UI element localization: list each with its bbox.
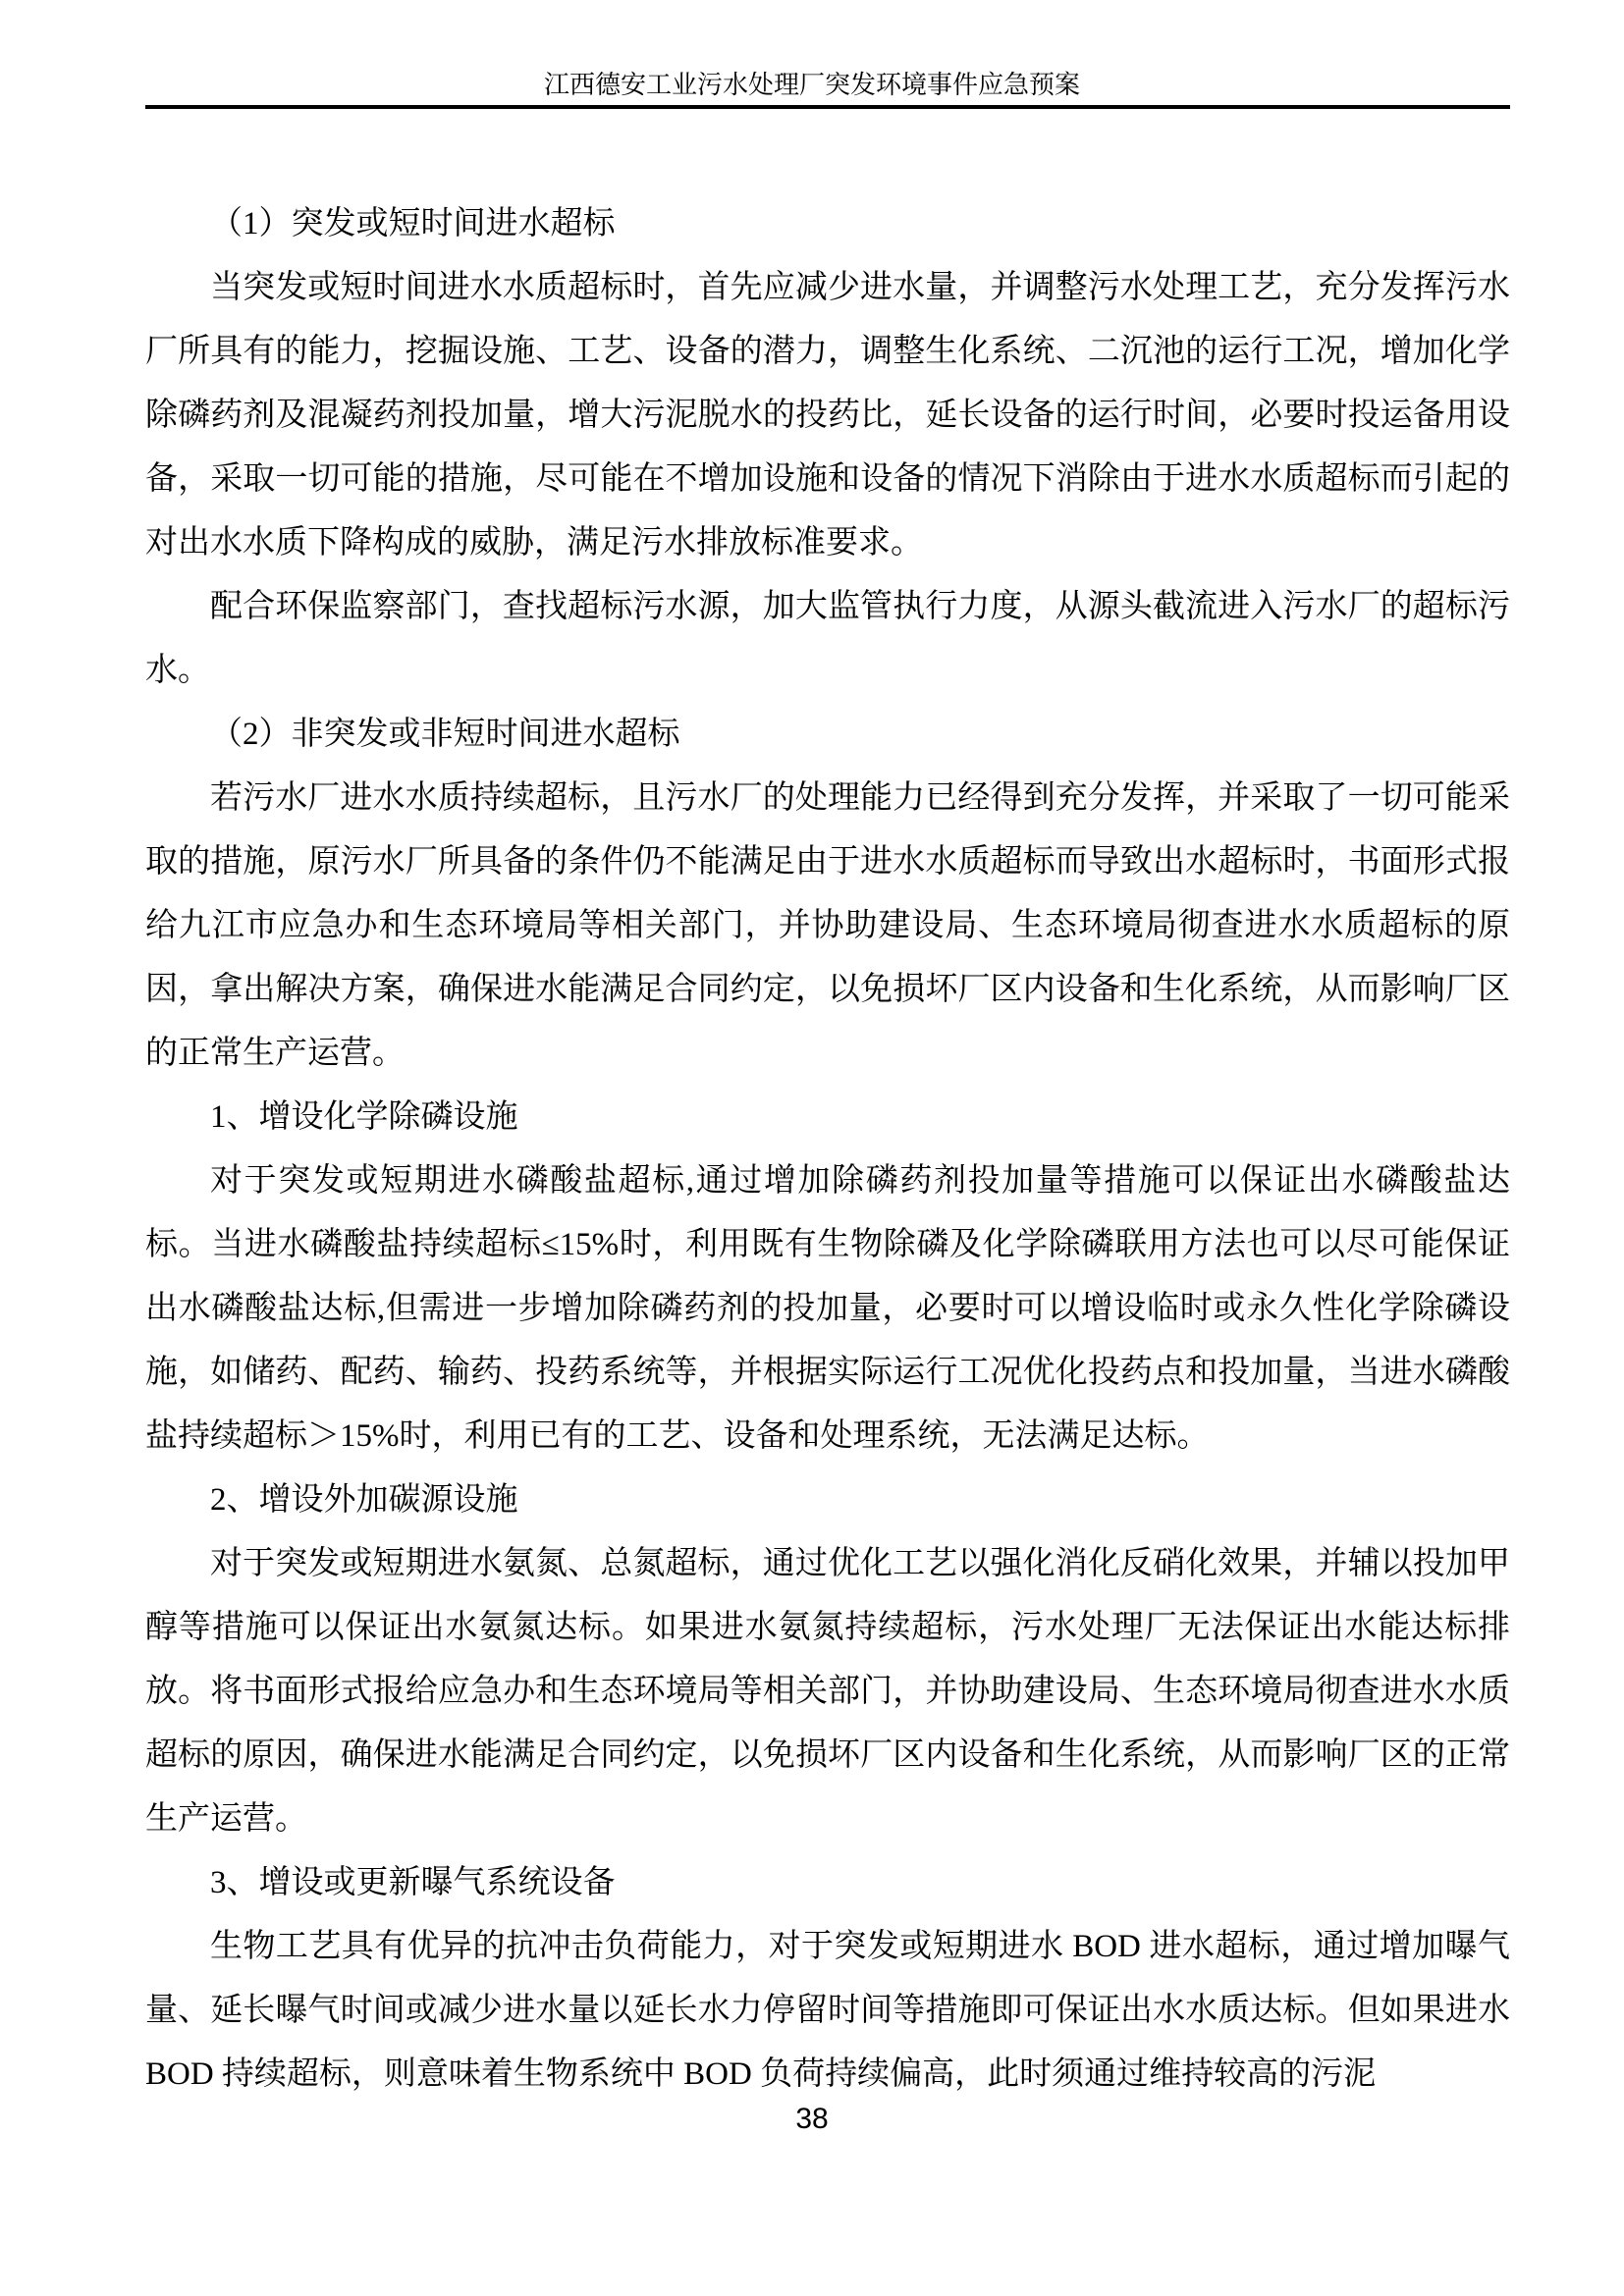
list-heading: 2、增设外加碳源设施 [145, 1468, 1510, 1532]
list-heading: （1）突发或短时间进水超标 [145, 192, 1510, 256]
paragraph: 对于突发或短期进水氨氮、总氮超标，通过优化工艺以强化消化反硝化效果，并辅以投加甲… [145, 1532, 1510, 1851]
list-heading: 3、增设或更新曝气系统设备 [145, 1851, 1510, 1915]
page-number: 38 [0, 2103, 1624, 2136]
document-page: 江西德安工业污水处理厂突发环境事件应急预案 （1）突发或短时间进水超标当突发或短… [0, 0, 1624, 2296]
header-rule [145, 105, 1510, 109]
paragraph: 配合环保监察部门，查找超标污水源，加大监管执行力度，从源头截流进入污水厂的超标污… [145, 575, 1510, 703]
document-body: （1）突发或短时间进水超标当突发或短时间进水水质超标时，首先应减少进水量，并调整… [145, 192, 1510, 2107]
paragraph: 若污水厂进水水质持续超标，且污水厂的处理能力已经得到充分发挥，并采取了一切可能采… [145, 767, 1510, 1086]
header-title: 江西德安工业污水处理厂突发环境事件应急预案 [0, 71, 1624, 100]
list-heading: （2）非突发或非短时间进水超标 [145, 703, 1510, 767]
paragraph: 对于突发或短期进水磷酸盐超标,通过增加除磷药剂投加量等措施可以保证出水磷酸盐达标… [145, 1149, 1510, 1468]
paragraph: 生物工艺具有优异的抗冲击负荷能力，对于突发或短期进水 BOD 进水超标，通过增加… [145, 1915, 1510, 2107]
paragraph: 当突发或短时间进水水质超标时，首先应减少进水量，并调整污水处理工艺，充分发挥污水… [145, 256, 1510, 575]
list-heading: 1、增设化学除磷设施 [145, 1086, 1510, 1149]
